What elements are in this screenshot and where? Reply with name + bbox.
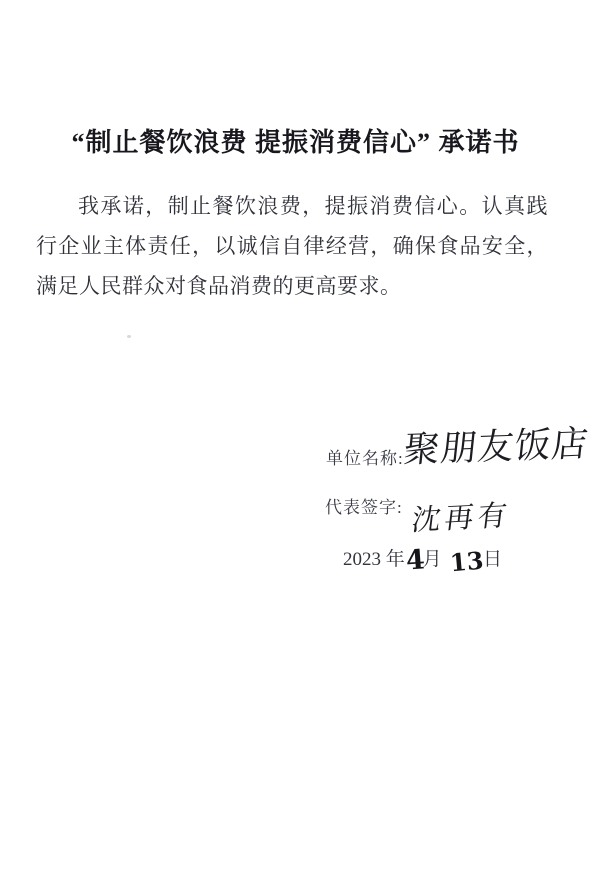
date-line: 2023 年4月13日 bbox=[343, 541, 502, 572]
pledge-paragraph: 我承诺，制止餐饮浪费，提振消费信心。认真践行企业主体责任，以诚信自律经营，确保食… bbox=[36, 186, 548, 306]
unit-name-label: 单位名称: bbox=[326, 444, 404, 469]
document-title: “制止餐饮浪费 提振消费信心” 承诺书 bbox=[0, 122, 591, 159]
date-month-handwritten: 4 bbox=[405, 544, 426, 576]
unit-name-handwritten-value: 聚朋友饭店 bbox=[401, 415, 591, 473]
pledge-document-page: “制止餐饮浪费 提振消费信心” 承诺书 我承诺，制止餐饮浪费，提振消费信心。认真… bbox=[0, 0, 591, 886]
date-month-unit: 月 bbox=[423, 549, 442, 570]
paper-speck bbox=[127, 335, 131, 338]
date-day-handwritten: 13 bbox=[448, 546, 484, 578]
representative-handwritten-signature: 沈再有 bbox=[409, 493, 513, 540]
representative-signature-label: 代表签字: bbox=[325, 493, 403, 518]
date-day-unit: 日 bbox=[483, 549, 502, 570]
date-year-printed: 2023 年 bbox=[343, 549, 405, 570]
